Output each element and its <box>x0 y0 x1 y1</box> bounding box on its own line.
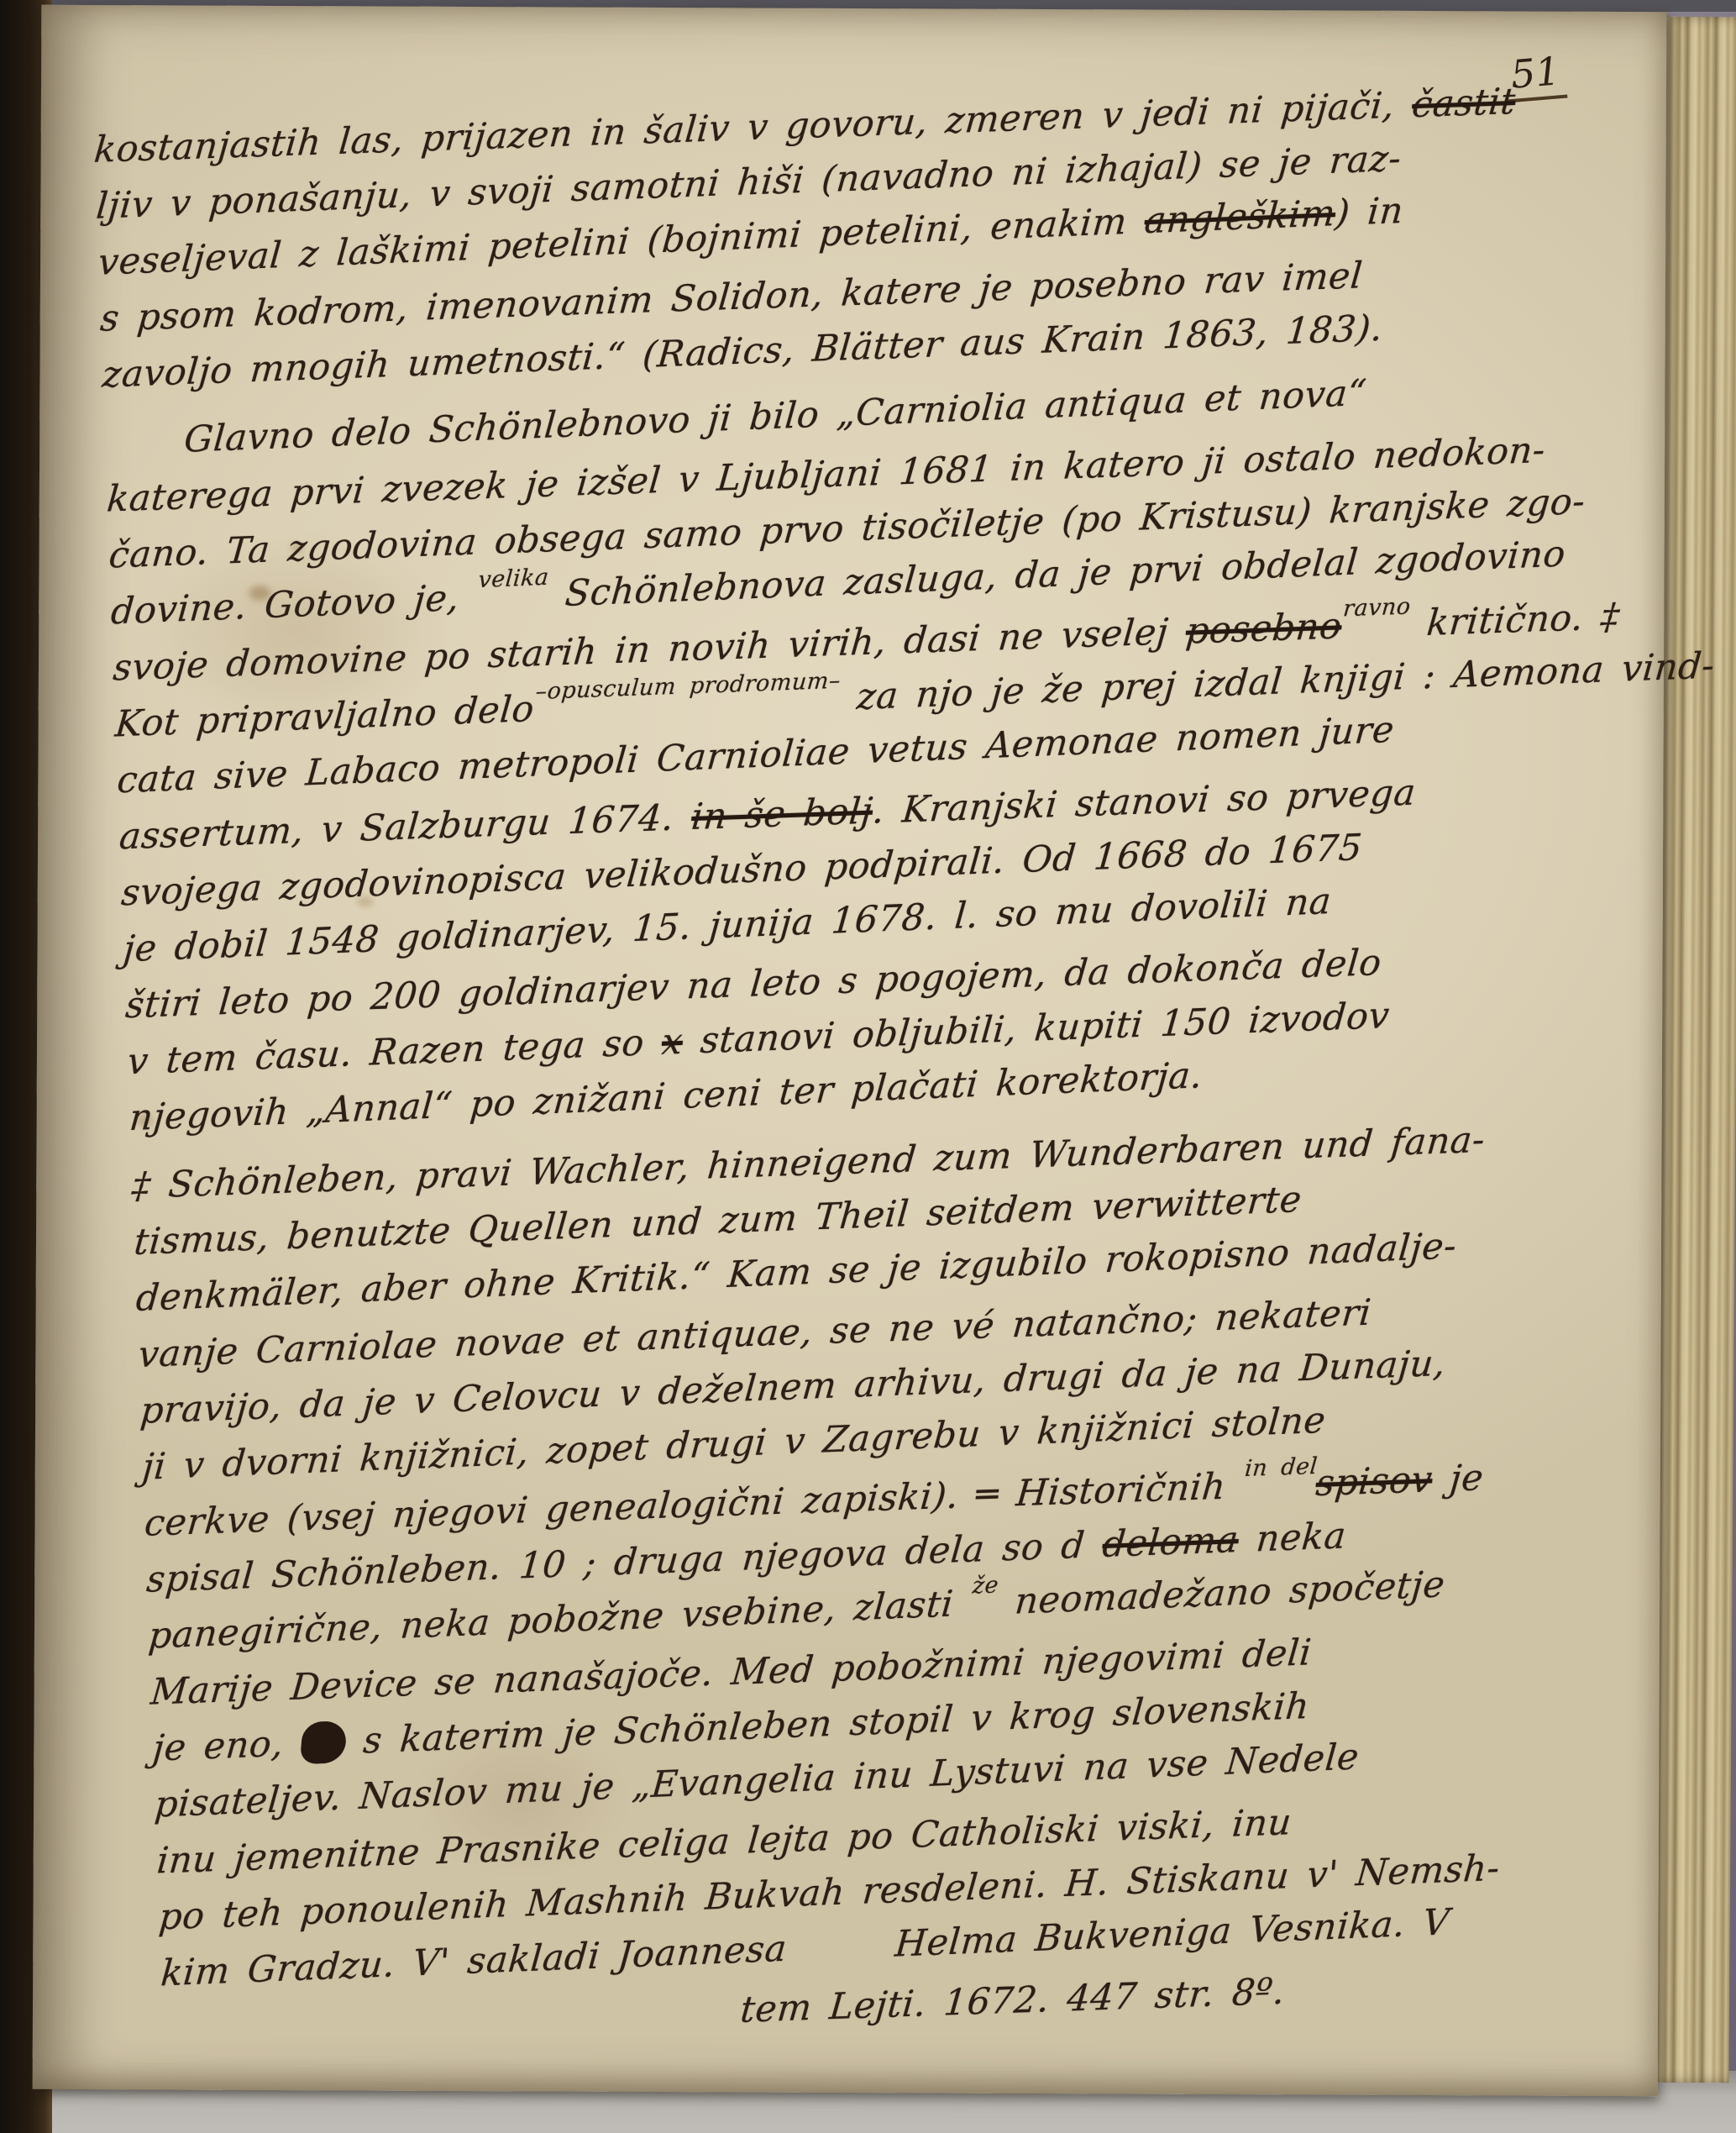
struck-text: deloma <box>1101 1519 1240 1566</box>
text-block: kostanjastih las, prijazen in šaliv v go… <box>90 66 1702 2059</box>
inserted-text: ravno <box>1343 607 1410 610</box>
spacer <box>786 1957 894 1961</box>
struck-text: angleškim <box>1143 192 1337 242</box>
photograph-of-manuscript: { "colors": { "paper": "#dcd1b6", "ink":… <box>0 0 1736 2133</box>
manuscript-page: 51 kostanjastih las, prijazen in šaliv v… <box>33 5 1667 2096</box>
inserted-text: –opusculum prodromum– <box>536 681 841 692</box>
text-segment: kritično. ‡ <box>1408 596 1622 645</box>
text-segment: je eno, <box>151 1722 303 1770</box>
inked-out-text: ki <box>300 1721 348 1764</box>
struck-text: posebno <box>1184 605 1344 653</box>
inserted-text: že <box>973 1585 999 1586</box>
struck-text: spisov <box>1314 1458 1434 1505</box>
text-segment: tem Lejti. 1672. 447 str. 8º. <box>738 1971 1287 2031</box>
text-segment: neka <box>1237 1515 1348 1561</box>
inserted-text: velika <box>479 578 549 581</box>
inserted-text: in del <box>1245 1467 1317 1469</box>
text-segment: ) in <box>1334 190 1405 234</box>
struck-text: in še bolj <box>690 791 874 839</box>
text-segment: Kot pripravljalno delo <box>113 688 536 745</box>
text-segment: dovine. Gotovo je, <box>109 576 479 633</box>
struck-text: častit <box>1410 81 1517 126</box>
text-segment: neomadežano spočetje <box>995 1563 1446 1623</box>
text-segment: je <box>1430 1457 1485 1500</box>
